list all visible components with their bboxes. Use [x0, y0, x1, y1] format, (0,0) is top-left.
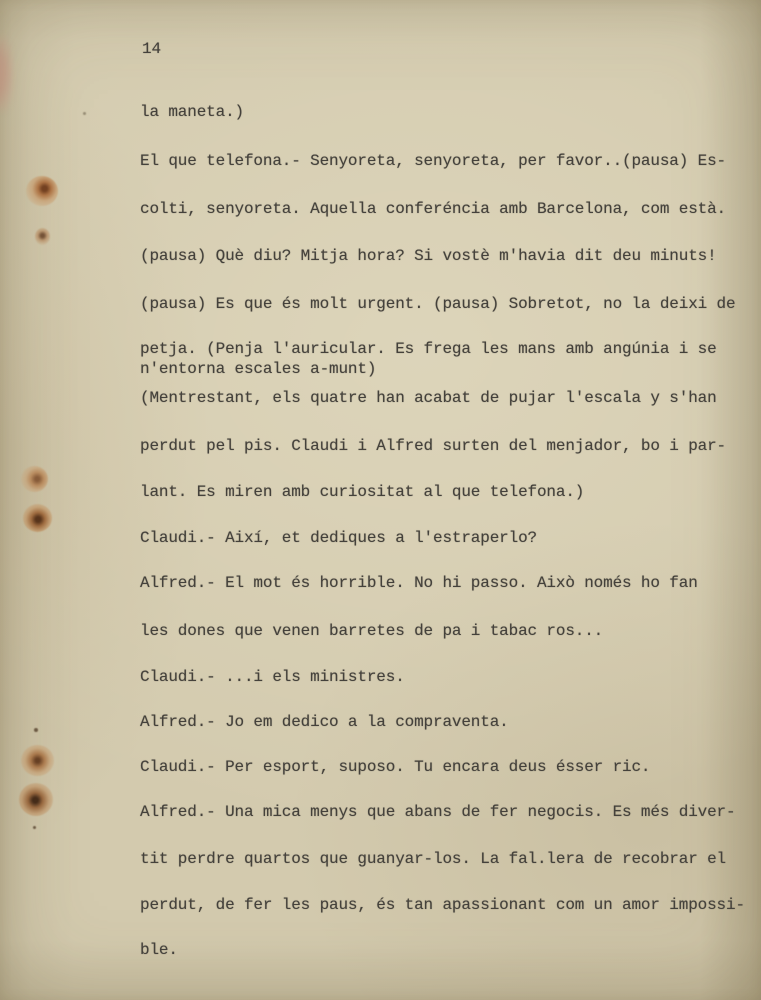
text-line: n'entorna escales a-munt): [140, 360, 376, 379]
text-line: Claudi.- ...i els ministres.: [140, 668, 405, 687]
text-line: perdut pel pis. Claudi i Alfred surten d…: [140, 437, 726, 456]
rust-stain: [21, 466, 48, 492]
text-line: ble.: [140, 941, 178, 960]
text-line: tit perdre quartos que guanyar-los. La f…: [140, 850, 726, 869]
text-line: la maneta.): [140, 103, 244, 122]
text-line: Claudi.- Per esport, suposo. Tu encara d…: [140, 758, 650, 777]
text-line: Claudi.- Així, et dediques a l'estraperl…: [140, 529, 537, 548]
rust-stain: [26, 176, 58, 206]
ink-speck: [83, 112, 86, 115]
scanned-typescript-page: { "page": { "number": "14" }, "doc": { "…: [0, 0, 761, 1000]
text-line: colti, senyoreta. Aquella conferéncia am…: [140, 200, 726, 219]
text-line: Alfred.- El mot és horrible. No hi passo…: [140, 574, 698, 593]
rust-stain: [35, 228, 50, 245]
text-line: lant. Es miren amb curiositat al que tel…: [140, 483, 584, 502]
text-line: (pausa) Es que és molt urgent. (pausa) S…: [140, 295, 735, 314]
page-number: 14: [142, 40, 161, 59]
text-line: petja. (Penja l'auricular. Es frega les …: [140, 340, 717, 359]
text-line: El que telefona.- Senyoreta, senyoreta, …: [140, 152, 726, 171]
pink-smudge: [0, 35, 14, 113]
text-line: Alfred.- Jo em dedico a la compraventa.: [140, 713, 509, 732]
ink-speck: [34, 728, 38, 732]
text-line: perdut, de fer les paus, és tan apassion…: [140, 896, 745, 915]
text-line: (Mentrestant, els quatre han acabat de p…: [140, 389, 717, 408]
rust-stain: [21, 745, 54, 776]
ink-speck: [33, 826, 36, 829]
rust-stain: [19, 783, 53, 816]
text-line: (pausa) Què diu? Mitja hora? Si vostè m'…: [140, 247, 717, 266]
rust-stain: [23, 504, 52, 532]
text-line: Alfred.- Una mica menys que abans de fer…: [140, 803, 735, 822]
text-line: les dones que venen barretes de pa i tab…: [140, 622, 603, 641]
